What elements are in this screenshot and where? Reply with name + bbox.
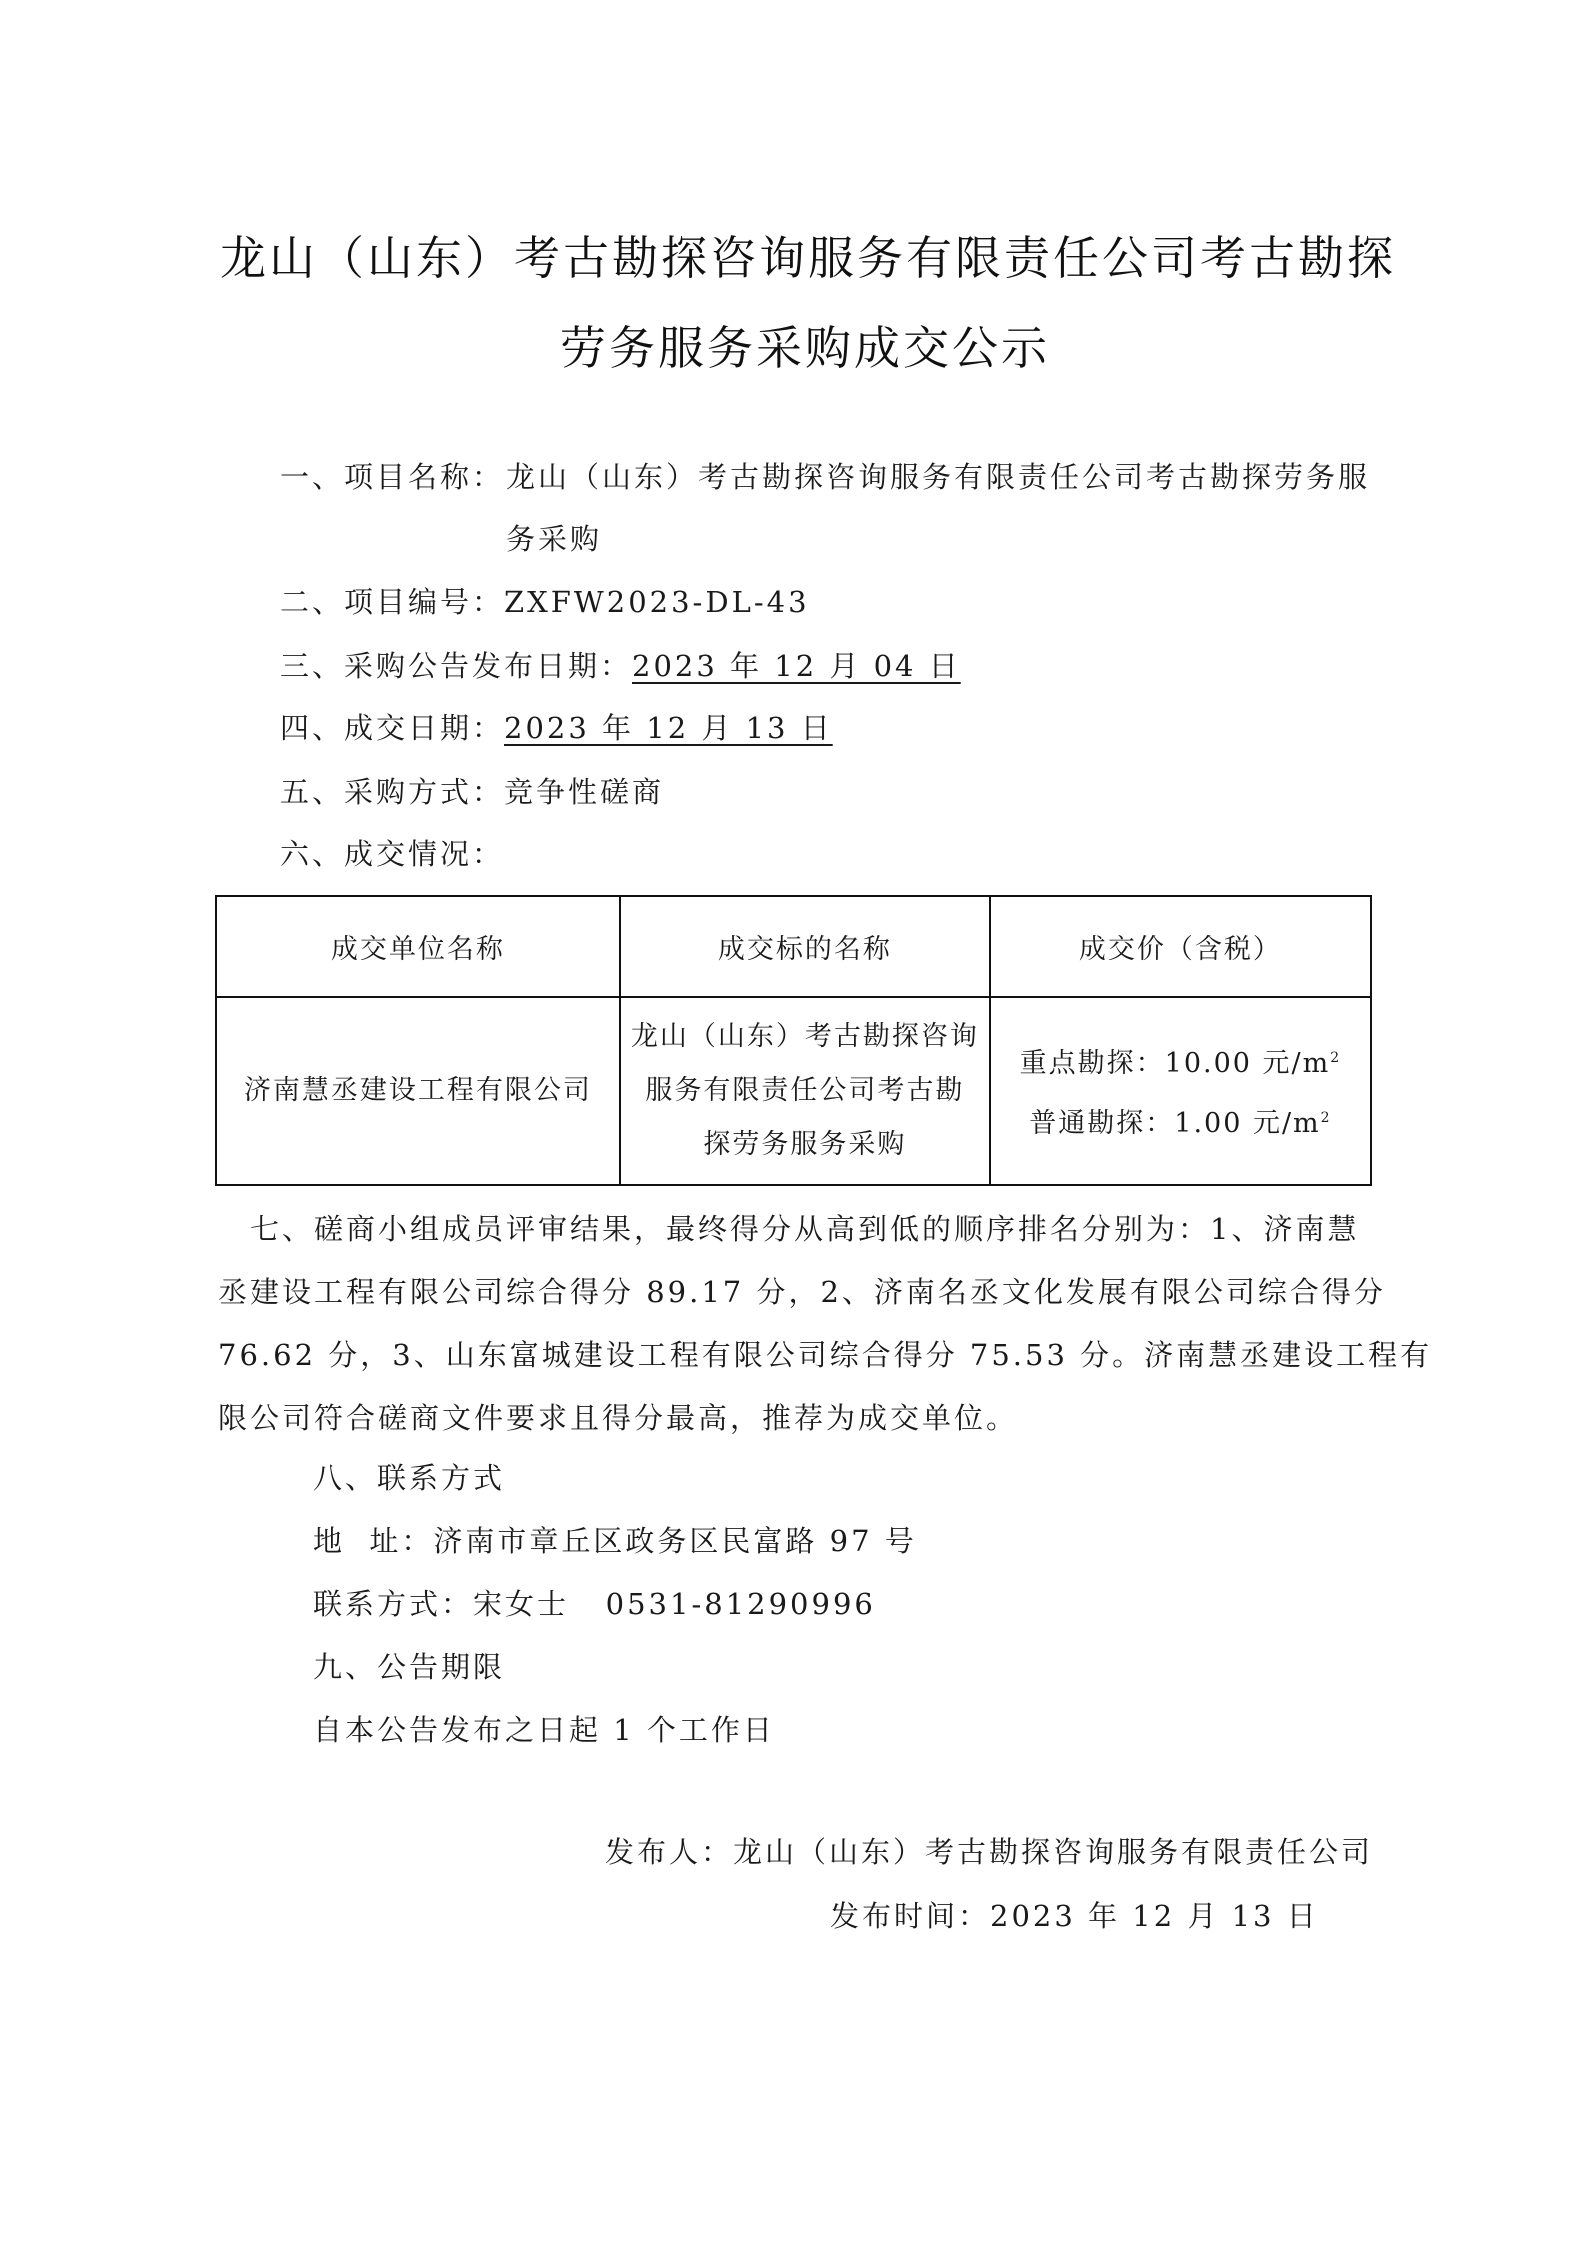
project-number-value: ZXFW2023-DL-43 (504, 585, 810, 619)
procurement-method-value: 竞争性磋商 (504, 775, 664, 809)
project-number-label: 二、项目编号： (280, 585, 504, 619)
publish-time: 发布时间：2023 年 12 月 13 日 (830, 1894, 1319, 1935)
cell-subject: 龙山（山东）考古勘探咨询 服务有限责任公司考古勘 探劳务服务采购 (620, 997, 990, 1185)
publisher: 发布人：龙山（山东）考古勘探咨询服务有限责任公司 (605, 1830, 1373, 1871)
review-line: 限公司符合磋商文件要求且得分最高，推荐为成交单位。 (218, 1396, 1018, 1437)
deal-date-label: 四、成交日期： (280, 711, 504, 745)
cell-price: 重点勘探：10.00 元/m2 普通勘探：1.00 元/m2 (990, 997, 1371, 1185)
cell-supplier: 济南慧丞建设工程有限公司 (216, 997, 620, 1185)
contact-heading: 八、联系方式 (313, 1456, 505, 1497)
procurement-method-label: 五、采购方式： (280, 775, 504, 809)
header-supplier: 成交单位名称 (216, 896, 620, 997)
deal-date: 四、成交日期：2023 年 12 月 13 日 (280, 706, 833, 747)
period-heading: 九、公告期限 (313, 1645, 505, 1686)
header-price: 成交价（含税） (990, 896, 1371, 997)
deal-date-value: 2023 年 12 月 13 日 (504, 711, 833, 745)
deal-status-label: 六、成交情况： (280, 832, 504, 873)
review-line: 七、磋商小组成员评审结果，最终得分从高到低的顺序排名分别为：1、济南慧 (250, 1207, 1359, 1248)
subject-line: 龙山（山东）考古勘探咨询 (631, 1010, 979, 1064)
announce-date-value: 2023 年 12 月 04 日 (632, 649, 961, 683)
project-name-value: 龙山（山东）考古勘探咨询服务有限责任公司考古勘探劳务服 (506, 455, 1370, 496)
project-name-label: 一、项目名称： (280, 455, 504, 496)
announce-date: 三、采购公告发布日期：2023 年 12 月 04 日 (280, 644, 961, 685)
review-line: 76.62 分，3、山东富城建设工程有限公司综合得分 75.53 分。济南慧丞建… (218, 1333, 1432, 1374)
header-subject: 成交标的名称 (620, 896, 990, 997)
review-line: 丞建设工程有限公司综合得分 89.17 分，2、济南名丞文化发展有限公司综合得分 (218, 1270, 1386, 1311)
page-title-line-2: 劳务服务采购成交公示 (560, 312, 1050, 378)
subject-line: 服务有限责任公司考古勘 (631, 1064, 979, 1118)
contact-phone: 联系方式：宋女士 0531-81290996 (313, 1582, 876, 1623)
deal-result-table: 成交单位名称 成交标的名称 成交价（含税） 济南慧丞建设工程有限公司 龙山（山东… (215, 895, 1372, 1186)
project-number: 二、项目编号：ZXFW2023-DL-43 (280, 580, 810, 621)
price-general-survey: 普通勘探：1.00 元/m2 (1001, 1091, 1360, 1151)
contact-address: 地 址：济南市章丘区政务区民富路 97 号 (313, 1519, 917, 1560)
project-name-value-cont: 务采购 (506, 517, 602, 558)
table-row: 济南慧丞建设工程有限公司 龙山（山东）考古勘探咨询 服务有限责任公司考古勘 探劳… (216, 997, 1371, 1185)
procurement-method: 五、采购方式：竞争性磋商 (280, 770, 664, 811)
subject-line: 探劳务服务采购 (631, 1118, 979, 1172)
period-text: 自本公告发布之日起 1 个工作日 (313, 1708, 775, 1749)
announce-date-label: 三、采购公告发布日期： (280, 649, 632, 683)
page-title-line-1: 龙山（山东）考古勘探咨询服务有限责任公司考古勘探 (220, 222, 1396, 288)
table-header-row: 成交单位名称 成交标的名称 成交价（含税） (216, 896, 1371, 997)
price-key-survey: 重点勘探：10.00 元/m2 (1001, 1031, 1360, 1091)
